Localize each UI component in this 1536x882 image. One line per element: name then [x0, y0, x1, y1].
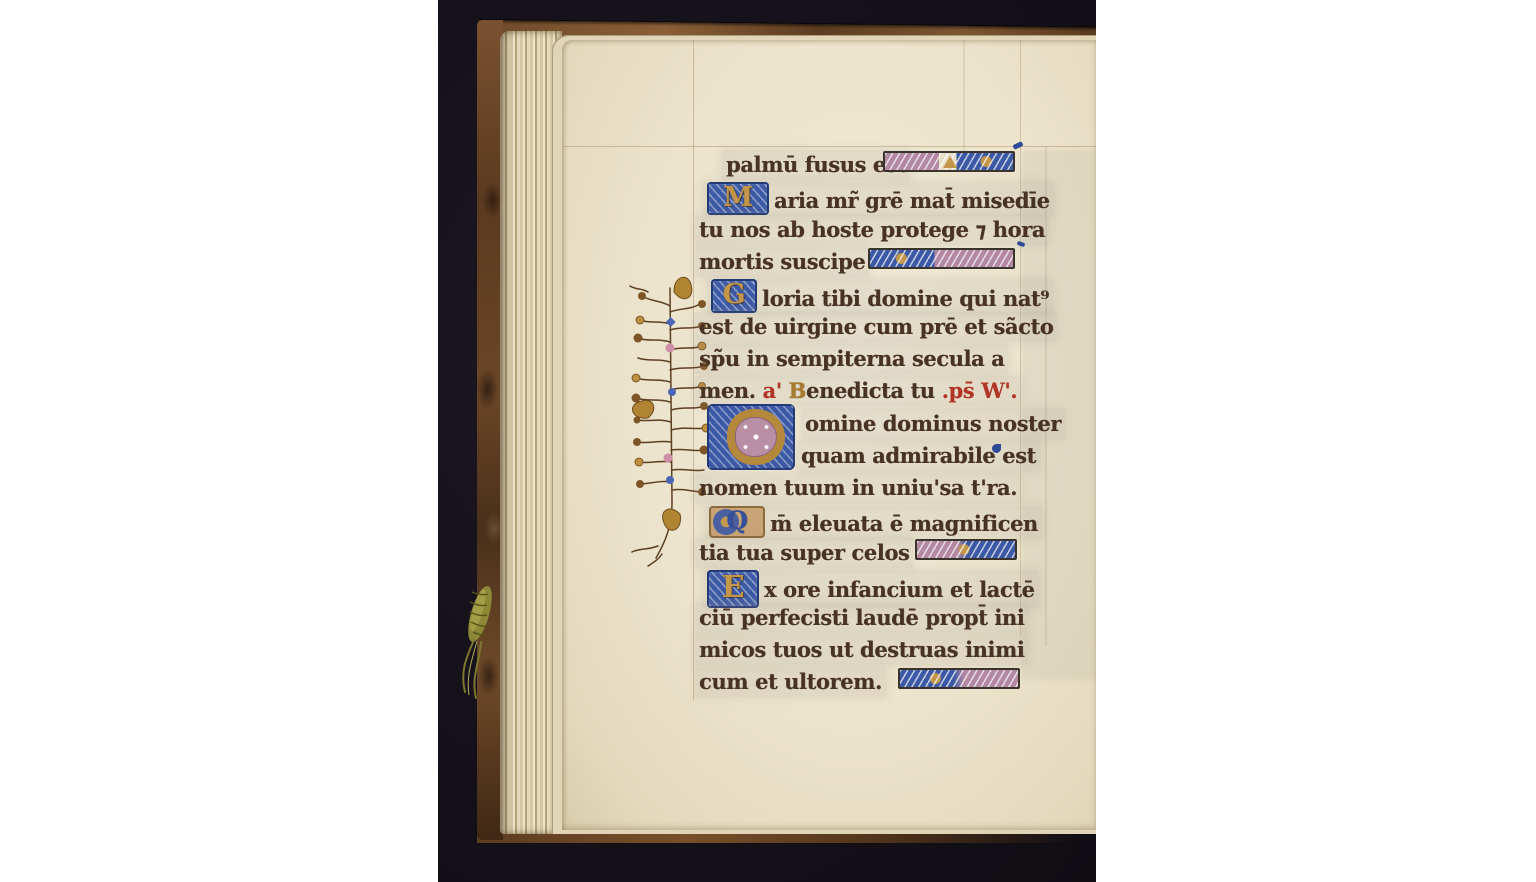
text-line: tia tua super celos: [695, 538, 913, 568]
bookmark-tassel: [456, 580, 508, 705]
text-line: micos tuos ut destruas inimi: [695, 635, 1028, 665]
illuminated-initial-d: [707, 404, 795, 470]
parchment-page: palmū fusus est Maria mr̃ grē mat̄ mised…: [562, 40, 1096, 830]
illuminated-initial-m: M: [707, 182, 769, 215]
initial-d-bowl: [727, 409, 785, 465]
text-line: quam admirabile est: [797, 441, 1040, 471]
text-segment: ciū perfecisti laudē propt̄ ini: [699, 605, 1024, 630]
illuminated-initial-g: G: [711, 279, 757, 313]
text-segment: mortis suscipe: [699, 249, 865, 274]
text-segment: tia tua super celos: [699, 540, 909, 565]
text-line: nomen tuum in uniu'sa t'ra.: [695, 473, 1021, 503]
text-block: palmū fusus est Maria mr̃ grē mat̄ mised…: [695, 148, 1047, 648]
gold-capital: B: [789, 378, 806, 403]
line-filler: [915, 539, 1017, 560]
text-segment: sp̃u in sempiterna secula a: [699, 346, 1004, 371]
text-line: Qm̄ eleuata ē magnificen: [705, 506, 1042, 539]
text-line: omine dominus noster: [801, 409, 1065, 439]
rubric-antiphon-mark: a': [762, 378, 781, 403]
rubric-psalm-cue: .ps̄ W'.: [942, 378, 1018, 403]
line-filler: [868, 248, 1015, 269]
text-segment: men.: [699, 378, 762, 403]
text-segment: enedicta tu: [806, 378, 942, 403]
text-segment: cum et ultorem.: [699, 669, 882, 694]
text-segment: m̄ eleuata ē magnificen: [770, 511, 1038, 536]
text-line: sp̃u in sempiterna secula a: [695, 344, 1008, 374]
text-line: cum et ultorem.: [695, 667, 886, 697]
text-line: ciū perfecisti laudē propt̄ ini: [695, 603, 1028, 633]
text-segment: x ore infancium et lactē: [764, 577, 1035, 602]
line-filler: [898, 668, 1020, 689]
text-segment: loria tibi domine qui nat⁹: [762, 286, 1049, 311]
digitized-manuscript-photo: palmū fusus est Maria mr̃ grē mat̄ mised…: [438, 0, 1096, 882]
text-line: Maria mr̃ grē mat̄ misedīe: [703, 182, 1054, 216]
text-segment: omine dominus noster: [805, 411, 1061, 436]
text-segment: est de uirgine cum prē et sãcto: [699, 314, 1053, 339]
line-filler: [883, 151, 1015, 172]
text-line: Gloria tibi domine qui nat⁹: [707, 279, 1053, 314]
text-segment: palmū fusus est: [726, 152, 906, 177]
text-segment: aria mr̃ grē mat̄ misedīe: [774, 188, 1050, 213]
text-line: men. a' Benedicta tu .ps̄ W'.: [695, 376, 1021, 406]
text-line: est de uirgine cum prē et sãcto: [695, 312, 1057, 342]
blue-flourish: [1012, 141, 1023, 150]
illuminated-initial-q: Q: [709, 506, 765, 538]
text-segment: tu nos ab hoste protege ⁊ hora: [699, 217, 1045, 242]
text-line: tu nos ab hoste protege ⁊ hora: [695, 215, 1049, 245]
text-line: mortis suscipe: [695, 247, 869, 277]
blue-paint-mark: [992, 444, 1001, 453]
text-segment: micos tuos ut destruas inimi: [699, 637, 1024, 662]
parchment-crease-top: [963, 40, 965, 152]
screenshot-canvas: palmū fusus est Maria mr̃ grē mat̄ mised…: [0, 0, 1536, 882]
text-segment: nomen tuum in uniu'sa t'ra.: [699, 475, 1017, 500]
